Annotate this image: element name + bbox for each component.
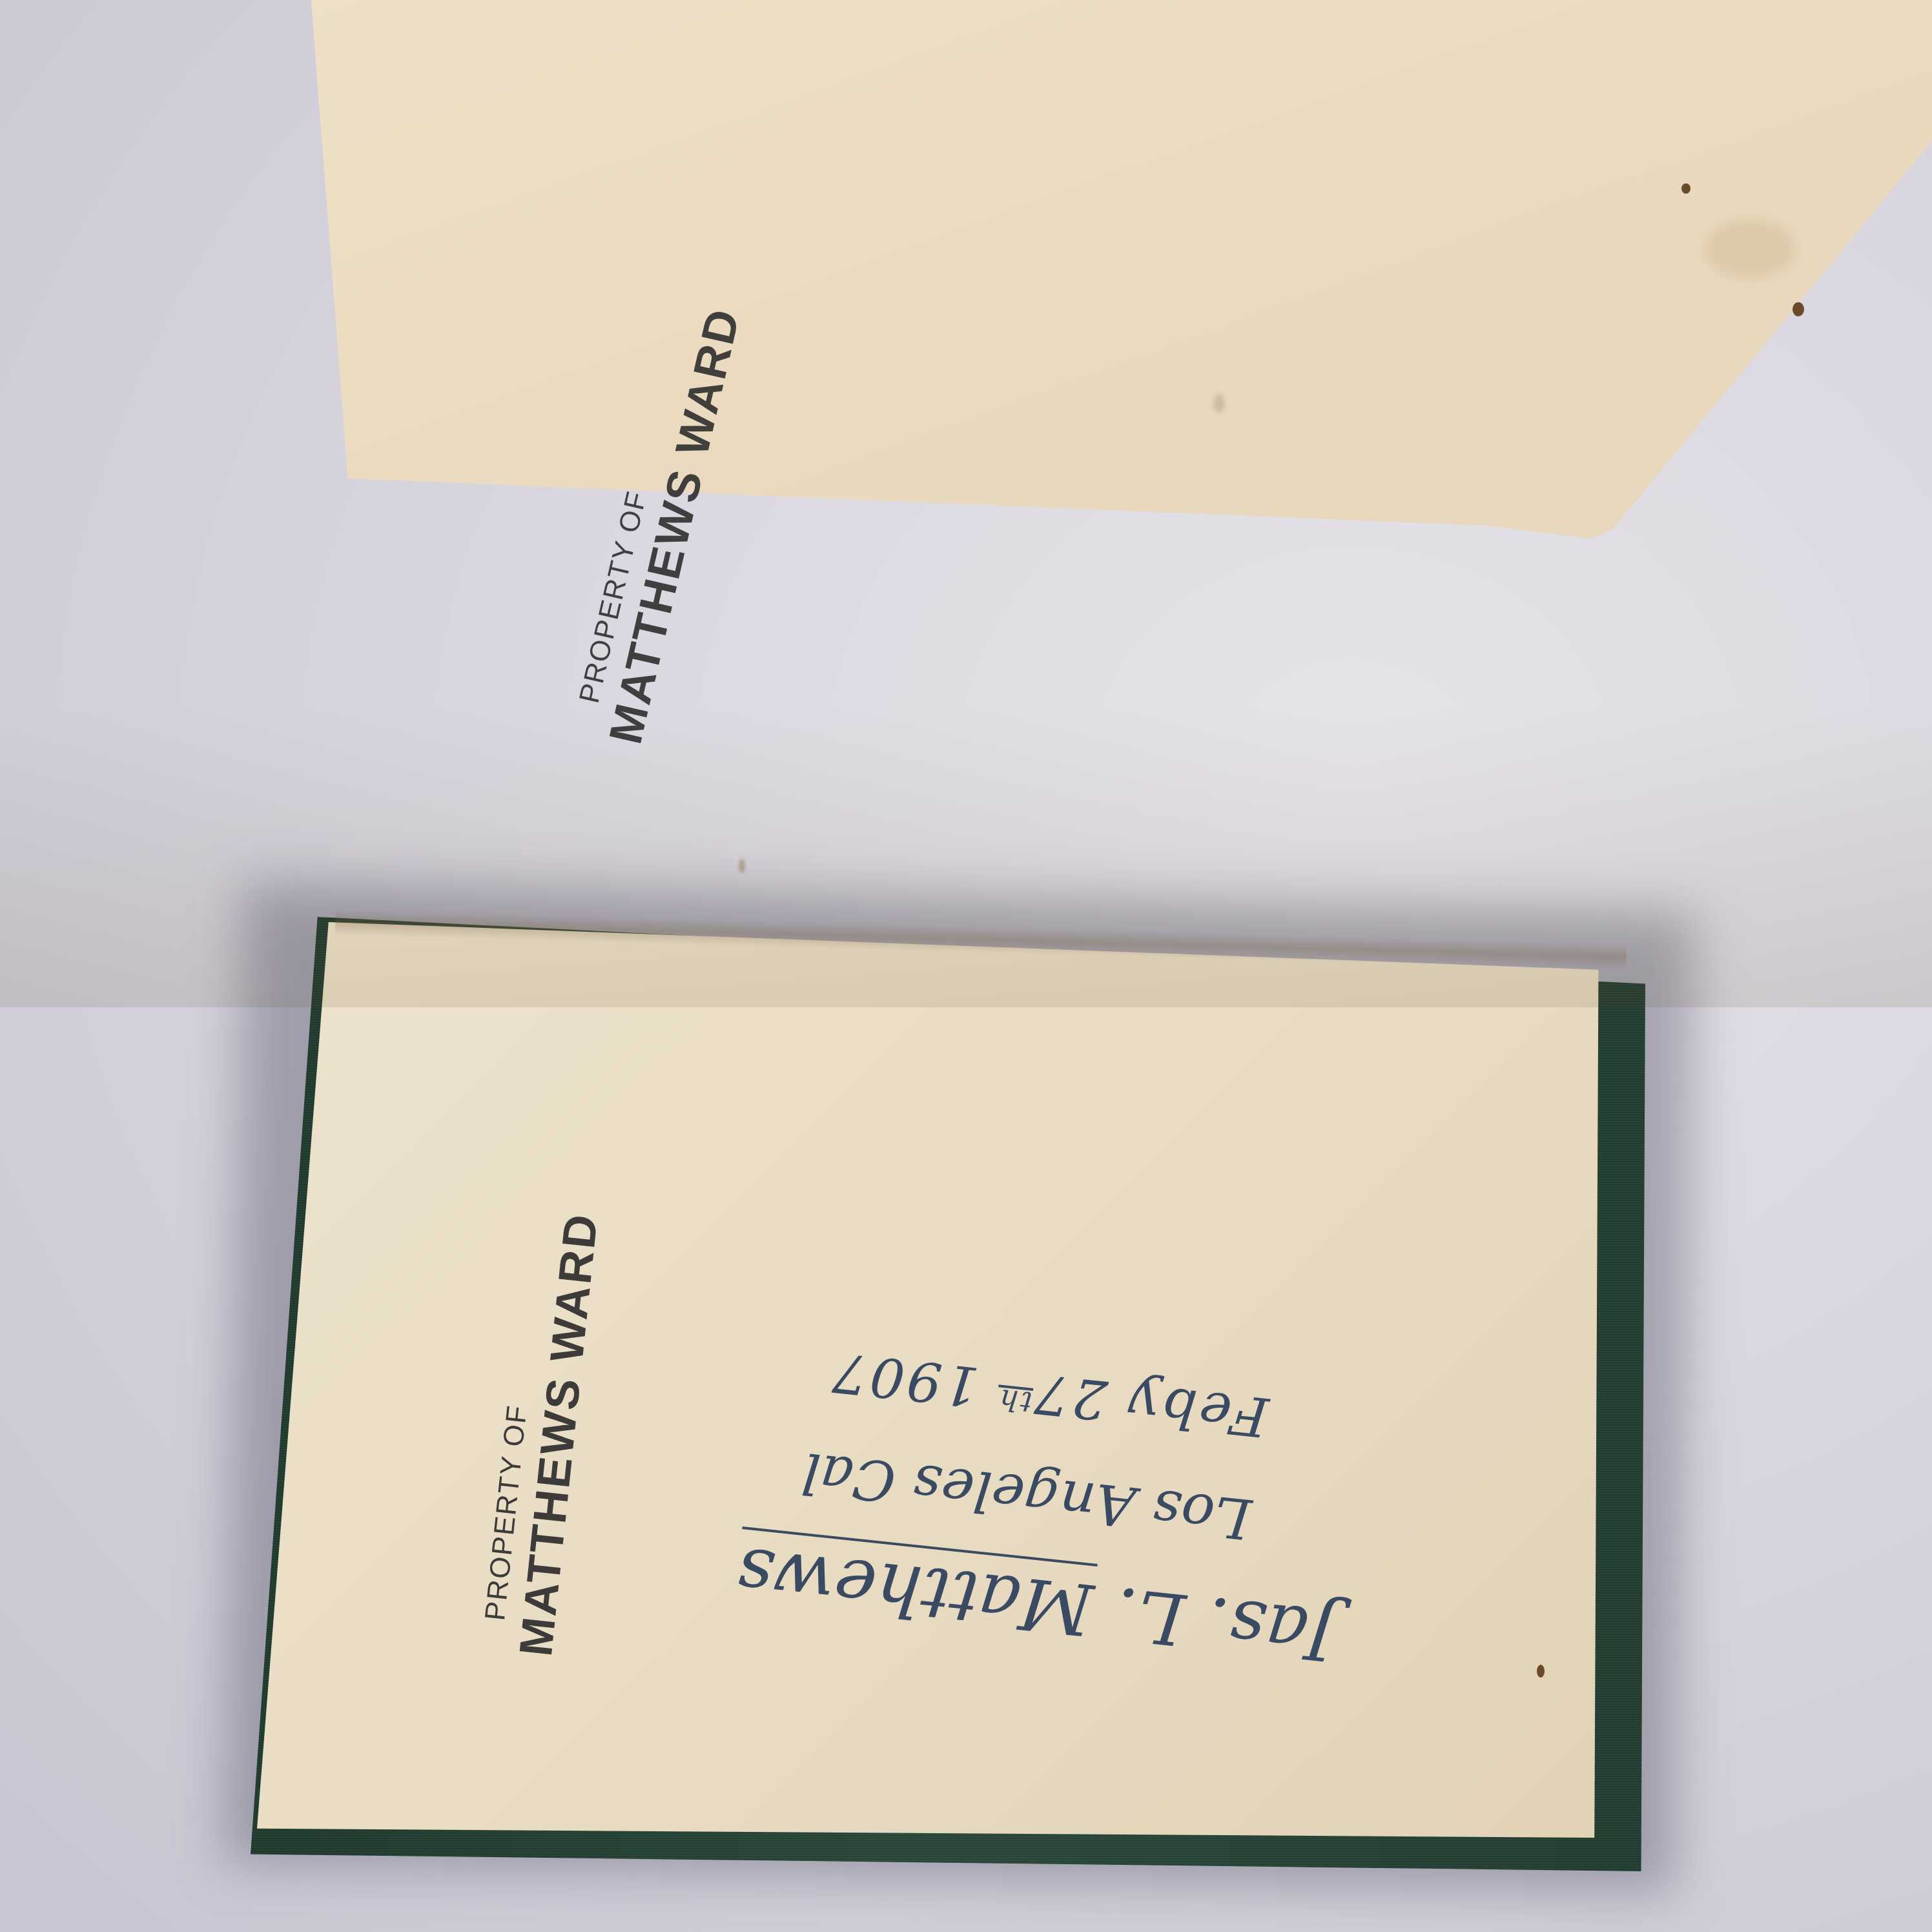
foxing-spot (1681, 183, 1690, 194)
date-year: 1907 (828, 1340, 982, 1418)
handwritten-inscription: Jas. L. Matthews Los Angeles Cal Feby 27… (714, 1291, 1392, 1692)
inscription-surname: Matthews (733, 1526, 1097, 1651)
date-suffix: th (996, 1382, 1034, 1418)
date-month: Feby (1123, 1371, 1271, 1449)
endpaper-shading (0, 0, 1932, 1007)
book-photo: Property of Matthews Ward Property of Ma… (0, 0, 1932, 1932)
date-day: 27 (1029, 1361, 1110, 1432)
foxing-spot (739, 859, 745, 873)
inscription-city: Los Angeles Cal (799, 1440, 1255, 1551)
stain (1705, 220, 1795, 278)
foxing-spot (1537, 1665, 1545, 1678)
foxing-spot (1214, 394, 1224, 413)
foxing-spot (1793, 302, 1804, 316)
inscription-date: Feby 27th 1907 (828, 1340, 1271, 1449)
inscription-initials: Jas. L. (1111, 1572, 1341, 1677)
